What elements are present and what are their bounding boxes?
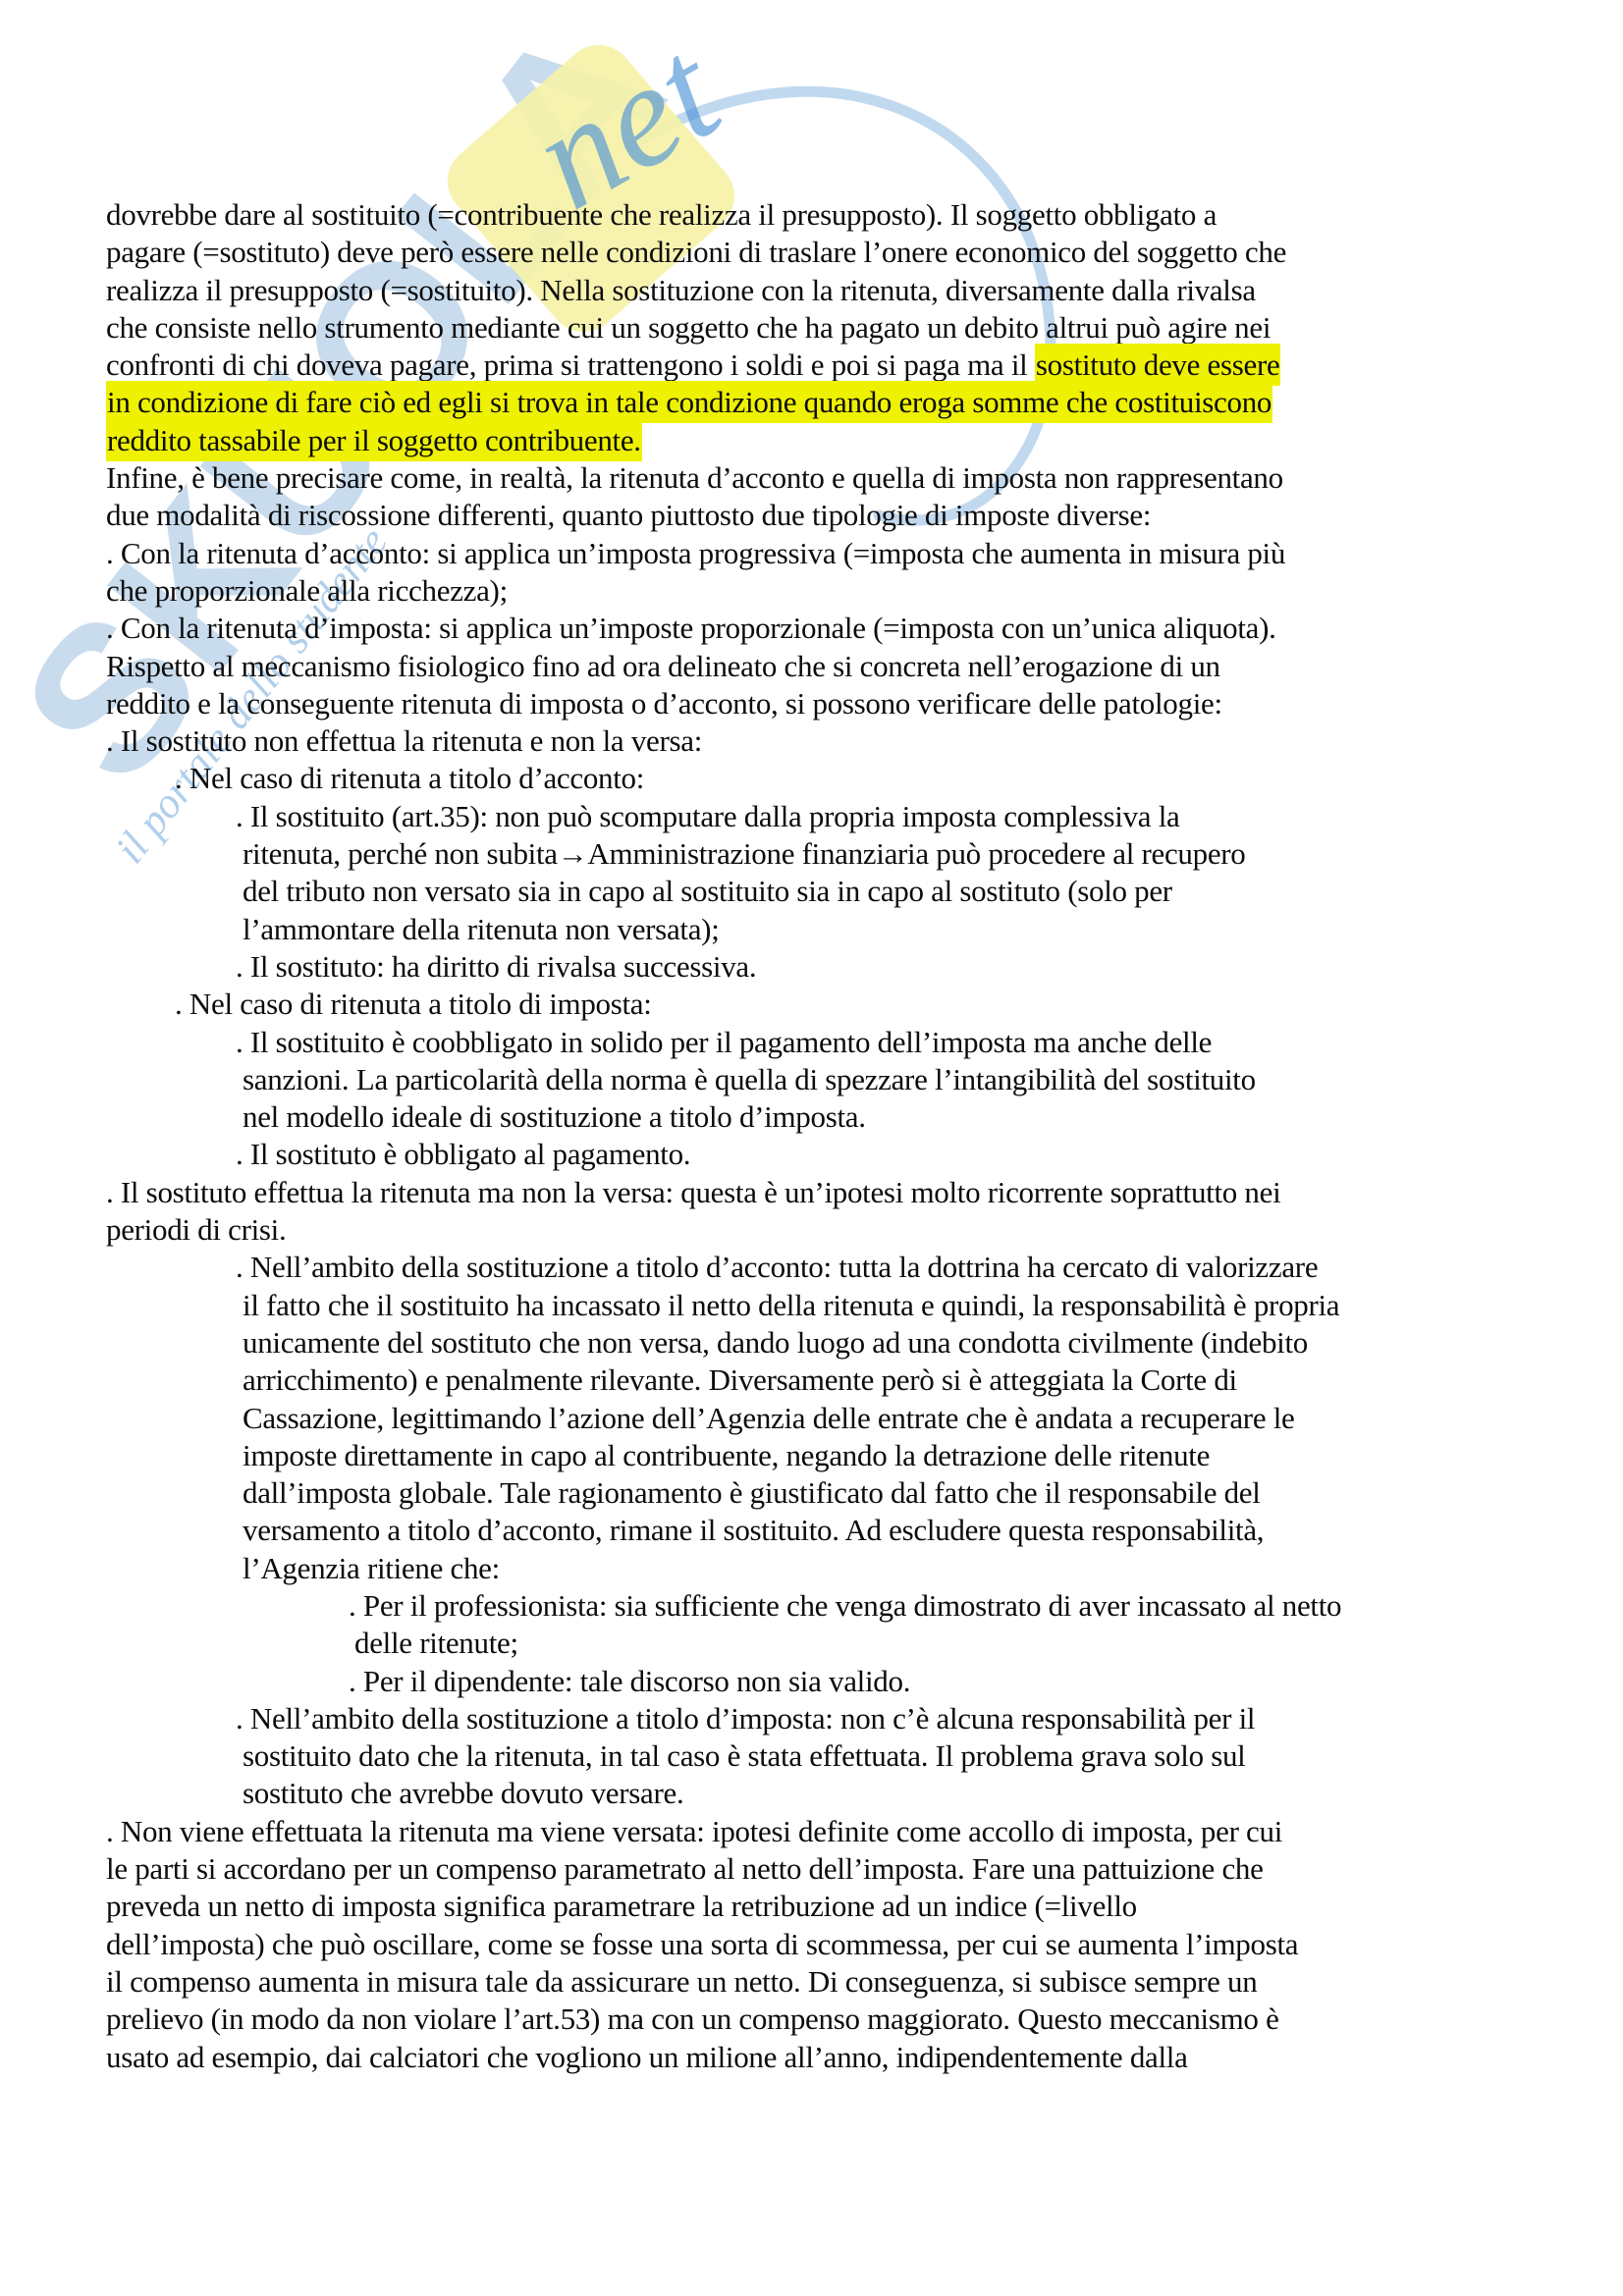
text-line: Infine, è bene precisare come, in realtà…	[0, 459, 1623, 497]
text-line: . Il sostituito è coobbligato in solido …	[0, 1024, 1623, 1061]
text-segment: le parti si accordano per un compenso pa…	[106, 1851, 1264, 1886]
text-line: sanzioni. La particolarità della norma è…	[0, 1061, 1623, 1098]
text-line: confronti di chi doveva pagare, prima si…	[0, 347, 1623, 384]
text-line: arricchimento) e penalmente rilevante. D…	[0, 1362, 1623, 1399]
text-segment: reddito e la conseguente ritenuta di imp…	[106, 686, 1222, 721]
text-segment: . Per il professionista: sia sufficiente…	[349, 1588, 1341, 1623]
text-segment: . Il sostituto è obbligato al pagamento.	[236, 1137, 690, 1171]
text-line: . Con la ritenuta d’acconto: si applica …	[0, 535, 1623, 572]
text-segment: l’Agenzia ritiene che:	[243, 1551, 500, 1585]
text-line: usato ad esempio, dai calciatori che vog…	[0, 2039, 1623, 2076]
text-segment: Infine, è bene precisare come, in realtà…	[106, 460, 1283, 495]
text-segment: che proporzionale alla ricchezza);	[106, 573, 508, 608]
body-text: dovrebbe dare al sostituito (=contribuen…	[0, 196, 1623, 2076]
text-segment: . Nel caso di ritenuta a titolo d’accont…	[175, 761, 644, 795]
text-segment: dell’imposta) che può oscillare, come se…	[106, 1927, 1298, 1961]
text-line: l’Agenzia ritiene che:	[0, 1550, 1623, 1587]
text-segment: . Il sostituto non effettua la ritenuta …	[106, 723, 702, 758]
text-line: periodi di crisi.	[0, 1211, 1623, 1249]
text-line: dovrebbe dare al sostituito (=contribuen…	[0, 196, 1623, 234]
text-line: sostituito dato che la ritenuta, in tal …	[0, 1737, 1623, 1775]
text-segment: unicamente del sostituto che non versa, …	[243, 1325, 1308, 1360]
text-line: . Il sostituto effettua la ritenuta ma n…	[0, 1174, 1623, 1211]
text-segment: nel modello ideale di sostituzione a tit…	[243, 1099, 866, 1134]
text-line: nel modello ideale di sostituzione a tit…	[0, 1098, 1623, 1136]
text-line: realizza il presupposto (=sostituito). N…	[0, 272, 1623, 309]
text-segment: il fatto che il sostituito ha incassato …	[243, 1288, 1339, 1322]
text-line: il fatto che il sostituito ha incassato …	[0, 1287, 1623, 1324]
text-line: reddito tassabile per il soggetto contri…	[0, 422, 1623, 459]
highlighted-text: reddito tassabile per il soggetto contri…	[106, 419, 642, 461]
text-segment: . Il sostituito (art.35): non può scompu…	[236, 799, 1179, 833]
text-line: imposte direttamente in capo al contribu…	[0, 1437, 1623, 1474]
text-line: del tributo non versato sia in capo al s…	[0, 873, 1623, 910]
text-segment: l’ammontare della ritenuta non versata);	[243, 912, 720, 946]
text-line: l’ammontare della ritenuta non versata);	[0, 911, 1623, 948]
text-line: . Nell’ambito della sostituzione a titol…	[0, 1249, 1623, 1286]
text-segment: del tributo non versato sia in capo al s…	[243, 874, 1172, 908]
text-segment: che consiste nello strumento mediante cu…	[106, 310, 1271, 345]
text-line: pagare (=sostituto) deve però essere nel…	[0, 234, 1623, 271]
text-segment: dovrebbe dare al sostituito (=contribuen…	[106, 197, 1217, 232]
text-segment: periodi di crisi.	[106, 1212, 286, 1247]
text-line: sostituto che avrebbe dovuto versare.	[0, 1775, 1623, 1812]
text-line: . Il sostituito (art.35): non può scompu…	[0, 798, 1623, 835]
text-segment: sanzioni. La particolarità della norma è…	[243, 1062, 1256, 1096]
text-segment: sostituito dato che la ritenuta, in tal …	[243, 1738, 1246, 1773]
text-segment: Rispetto al meccanismo fisiologico fino …	[106, 649, 1220, 683]
highlighted-text: in condizione di fare ciò ed egli si tro…	[106, 381, 1272, 423]
highlighted-text: sostituto deve essere	[1035, 344, 1281, 386]
text-line: le parti si accordano per un compenso pa…	[0, 1850, 1623, 1888]
text-segment: . Per il dipendente: tale discorso non s…	[349, 1664, 910, 1698]
text-line: . Il sostituto è obbligato al pagamento.	[0, 1136, 1623, 1173]
text-line: prelievo (in modo da non violare l’art.5…	[0, 2001, 1623, 2038]
text-line: il compenso aumenta in misura tale da as…	[0, 1963, 1623, 2001]
text-line: unicamente del sostituto che non versa, …	[0, 1324, 1623, 1362]
text-line: Rispetto al meccanismo fisiologico fino …	[0, 648, 1623, 685]
text-line: reddito e la conseguente ritenuta di imp…	[0, 685, 1623, 722]
text-segment: imposte direttamente in capo al contribu…	[243, 1438, 1210, 1472]
text-segment: . Il sostituto effettua la ritenuta ma n…	[106, 1175, 1280, 1209]
document-page: SKUOLA net il portale dello studente dov…	[0, 0, 1623, 2296]
text-segment: versamento a titolo d’acconto, rimane il…	[243, 1513, 1264, 1547]
text-segment: . Nell’ambito della sostituzione a titol…	[236, 1250, 1318, 1284]
text-segment: sostituto che avrebbe dovuto versare.	[243, 1776, 683, 1810]
text-line: . Non viene effettuata la ritenuta ma vi…	[0, 1813, 1623, 1850]
text-line: . Con la ritenuta d’imposta: si applica …	[0, 610, 1623, 647]
text-line: preveda un netto di imposta significa pa…	[0, 1888, 1623, 1925]
text-line: . Il sostituto: ha diritto di rivalsa su…	[0, 948, 1623, 986]
text-segment: . Con la ritenuta d’imposta: si applica …	[106, 611, 1276, 645]
text-line: che proporzionale alla ricchezza);	[0, 572, 1623, 610]
text-line: ritenuta, perché non subita→Amministrazi…	[0, 835, 1623, 873]
text-segment: . Non viene effettuata la ritenuta ma vi…	[106, 1814, 1282, 1848]
text-line: Cassazione, legittimando l’azione dell’A…	[0, 1400, 1623, 1437]
text-segment: confronti di chi doveva pagare, prima si…	[106, 347, 1035, 382]
text-segment: . Il sostituto: ha diritto di rivalsa su…	[236, 949, 756, 984]
text-line: . Nell’ambito della sostituzione a titol…	[0, 1700, 1623, 1737]
text-segment: ritenuta, perché non subita→Amministrazi…	[243, 836, 1246, 871]
text-segment: . Il sostituito è coobbligato in solido …	[236, 1025, 1212, 1059]
text-line: . Per il dipendente: tale discorso non s…	[0, 1663, 1623, 1700]
text-segment: preveda un netto di imposta significa pa…	[106, 1889, 1137, 1923]
text-segment: due modalità di riscossione differenti, …	[106, 498, 1151, 532]
text-segment: usato ad esempio, dai calciatori che vog…	[106, 2040, 1188, 2074]
text-line: . Nel caso di ritenuta a titolo d’accont…	[0, 760, 1623, 797]
text-line: che consiste nello strumento mediante cu…	[0, 309, 1623, 347]
text-segment: realizza il presupposto (=sostituito). N…	[106, 273, 1256, 307]
text-segment: . Nel caso di ritenuta a titolo di impos…	[175, 987, 652, 1021]
text-segment: prelievo (in modo da non violare l’art.5…	[106, 2002, 1279, 2036]
text-line: . Per il professionista: sia sufficiente…	[0, 1587, 1623, 1625]
text-segment: il compenso aumenta in misura tale da as…	[106, 1964, 1257, 1999]
text-segment: arricchimento) e penalmente rilevante. D…	[243, 1362, 1237, 1397]
text-line: . Il sostituto non effettua la ritenuta …	[0, 722, 1623, 760]
text-line: delle ritenute;	[0, 1625, 1623, 1662]
text-line: versamento a titolo d’acconto, rimane il…	[0, 1512, 1623, 1549]
text-line: dell’imposta) che può oscillare, come se…	[0, 1926, 1623, 1963]
text-line: due modalità di riscossione differenti, …	[0, 497, 1623, 534]
text-segment: . Con la ritenuta d’acconto: si applica …	[106, 536, 1285, 570]
text-segment: pagare (=sostituto) deve però essere nel…	[106, 235, 1286, 269]
text-line: . Nel caso di ritenuta a titolo di impos…	[0, 986, 1623, 1023]
text-line: dall’imposta globale. Tale ragionamento …	[0, 1474, 1623, 1512]
text-line: in condizione di fare ciò ed egli si tro…	[0, 384, 1623, 421]
text-segment: . Nell’ambito della sostituzione a titol…	[236, 1701, 1255, 1735]
text-segment: dall’imposta globale. Tale ragionamento …	[243, 1475, 1261, 1510]
text-segment: delle ritenute;	[354, 1626, 518, 1660]
text-segment: Cassazione, legittimando l’azione dell’A…	[243, 1401, 1295, 1435]
